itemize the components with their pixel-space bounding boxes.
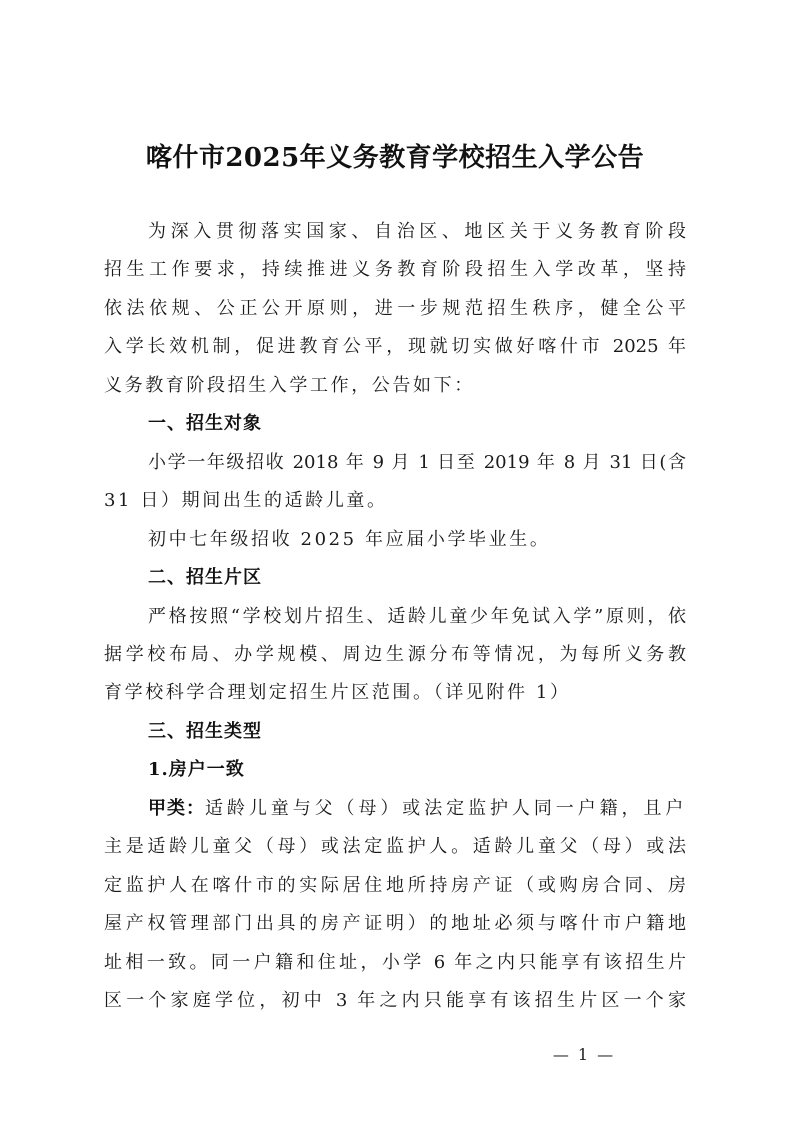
intro-line-4: 入学长效机制，促进教育公平，现就切实做好喀什市 2025 年 bbox=[104, 328, 686, 366]
section-2-line-3: 育学校科学合理划定招生片区范围。（详见附件 1） bbox=[104, 674, 686, 712]
document-title: 喀什市2025年义务教育学校招生入学公告 bbox=[0, 138, 790, 178]
document-page: 喀什市2025年义务教育学校招生入学公告 为深入贯彻落实国家、自治区、地区关于义… bbox=[0, 0, 790, 1122]
section-3-line-3: 定监护人在喀什市的实际居住地所持房产证（或购房合同、房 bbox=[104, 867, 686, 905]
section-3-line-5: 址相一致。同一户籍和住址，小学 6 年之内只能享有该招生片 bbox=[104, 944, 686, 982]
category-a-label: 甲类： bbox=[148, 790, 205, 828]
section-3-line-4: 屋产权管理部门出具的房产证明）的地址必须与喀什市户籍地 bbox=[104, 905, 686, 943]
intro-line-3: 依法依规、公正公开原则，进一步规范招生秩序，健全公平 bbox=[104, 290, 686, 328]
section-1-line-2: 31 日）期间出生的适龄儿童。 bbox=[104, 482, 686, 520]
section-1-line-3: 初中七年级招收 2025 年应届小学毕业生。 bbox=[104, 521, 686, 559]
section-2-line-1: 严格按照“学校划片招生、适龄儿童少年免试入学”原则，依 bbox=[104, 598, 686, 636]
section-heading-enrollment-zones: 二、招生片区 bbox=[104, 559, 686, 597]
section-1-line-1: 小学一年级招收 2018 年 9 月 1 日至 2019 年 8 月 31 日(… bbox=[104, 444, 686, 482]
category-a-text: 适龄儿童与父（母）或法定监护人同一户籍，且户 bbox=[205, 790, 686, 828]
subheading-housing-household-match: 1.房户一致 bbox=[104, 751, 686, 789]
section-2-line-2: 据学校布局、办学规模、周边生源分布等情况，为每所义务教 bbox=[104, 636, 686, 674]
section-3-line-2: 主是适龄儿童父（母）或法定监护人。适龄儿童父（母）或法 bbox=[104, 828, 686, 866]
section-heading-enrollment-types: 三、招生类型 bbox=[104, 713, 686, 751]
page-number: — 1 — bbox=[548, 1040, 620, 1070]
intro-line-1: 为深入贯彻落实国家、自治区、地区关于义务教育阶段 bbox=[104, 213, 686, 251]
intro-line-2: 招生工作要求，持续推进义务教育阶段招生入学改革，坚持 bbox=[104, 251, 686, 289]
section-3-line-1: 甲类： 适龄儿童与父（母）或法定监护人同一户籍，且户 bbox=[104, 790, 686, 828]
intro-line-5: 义务教育阶段招生入学工作，公告如下： bbox=[104, 367, 686, 405]
section-heading-enrollment-targets: 一、招生对象 bbox=[104, 405, 686, 443]
section-3-line-6: 区一个家庭学位，初中 3 年之内只能享有该招生片区一个家 bbox=[104, 982, 686, 1020]
